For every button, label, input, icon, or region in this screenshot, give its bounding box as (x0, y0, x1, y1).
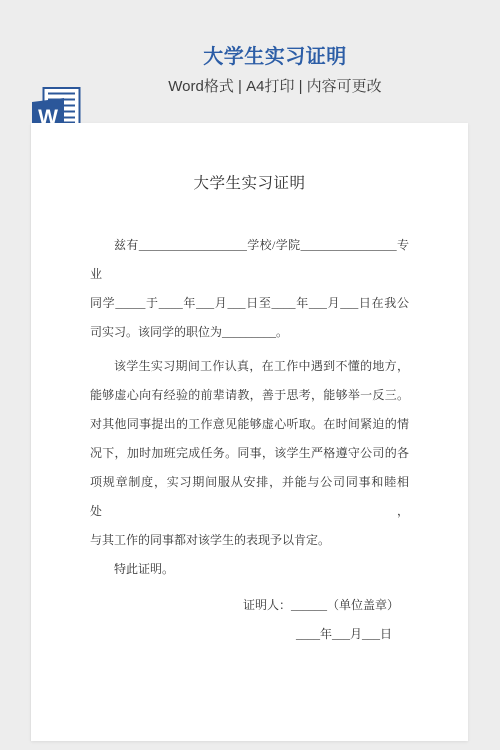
intro-line-3: 司实习。该同学的职位为_________。 (90, 318, 409, 347)
closing-line: 特此证明。 (90, 555, 409, 584)
intro-line-2: 同学_____于____年___月___日至____年___月___日在我公 (90, 289, 409, 318)
evaluation-line-1: 该学生实习期间工作认真，在工作中遇到不懂的地方， (90, 352, 409, 381)
page-title: 大学生实习证明 (50, 44, 500, 70)
signer-line: 证明人：______（单位盖章） (90, 591, 409, 620)
page-subtitle: Word格式 | A4打印 | 内容可更改 (50, 78, 500, 96)
paragraph-evaluation: 该学生实习期间工作认真，在工作中遇到不懂的地方， 能够虚心向有经验的前辈请教，善… (90, 352, 409, 555)
evaluation-line-6: 与其工作的同事都对该学生的表现予以肯定。 (90, 526, 409, 555)
intro-line-1: 兹有__________________学校/学院_______________… (90, 231, 409, 289)
evaluation-line-5: 项规章制度，实习期间服从安排，并能与公司同事和睦相处， (90, 468, 409, 526)
date-line: ____年___月___日 (90, 620, 409, 649)
template-preview-screen: W 大学生实习证明 Word格式 | A4打印 | 内容可更改 大学生实习证明 … (0, 0, 500, 750)
evaluation-line-3: 对其他同事提出的工作意见能够虚心听取。在时间紧迫的情 (90, 410, 409, 439)
signature-block: 证明人：______（单位盖章） ____年___月___日 (90, 591, 409, 649)
document-title: 大学生实习证明 (90, 173, 409, 195)
evaluation-line-2: 能够虚心向有经验的前辈请教，善于思考，能够举一反三。 (90, 381, 409, 410)
evaluation-line-4: 况下，加时加班完成任务。同事，该学生严格遵守公司的各 (90, 439, 409, 468)
document-page: 大学生实习证明 兹有__________________学校/学院_______… (31, 123, 468, 741)
paragraph-intro: 兹有__________________学校/学院_______________… (90, 231, 409, 347)
